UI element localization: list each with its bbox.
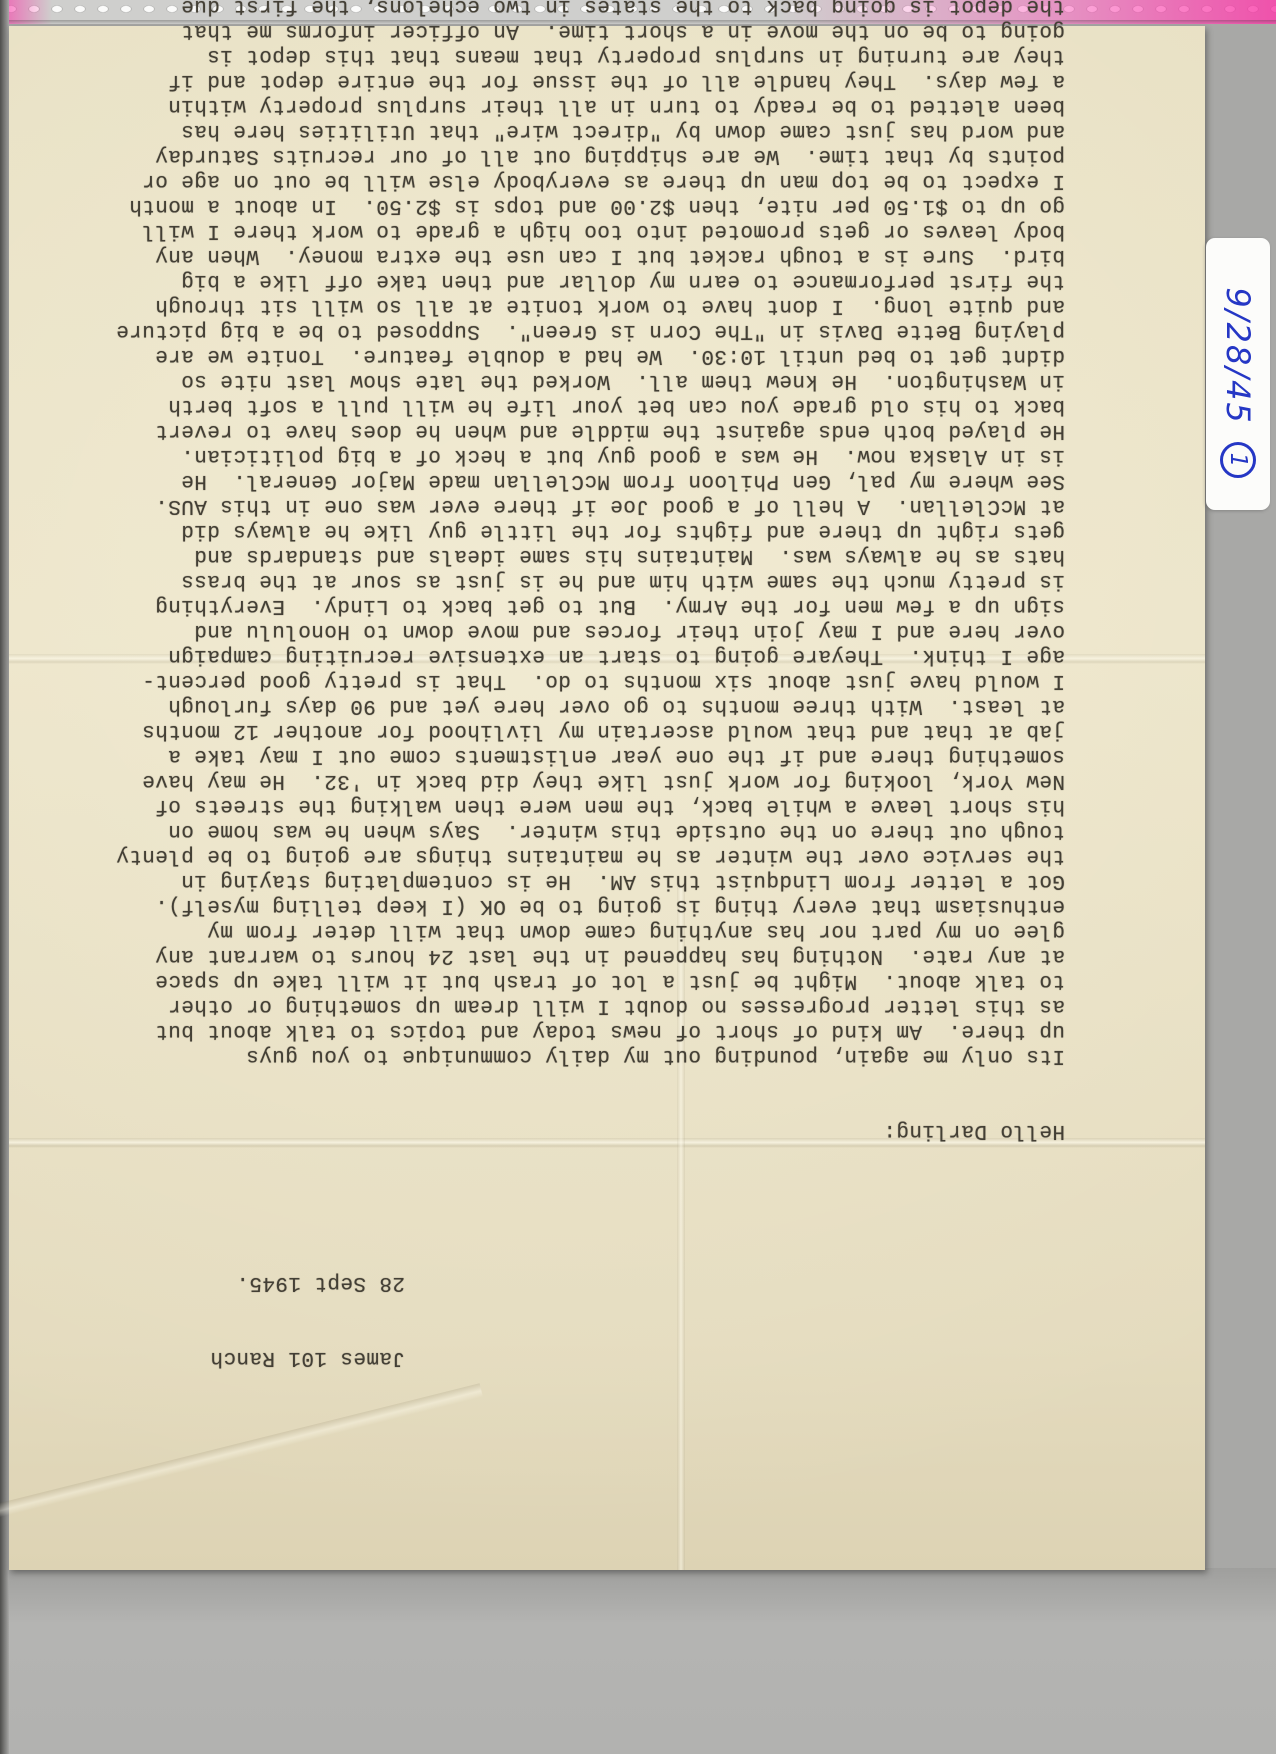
date-line: 28 Sept 1945. [89, 1270, 405, 1295]
letter-line: at least. With three months to go over h… [89, 693, 1065, 718]
letter-line: Got a letter from Lindquist this AM. He … [89, 868, 1065, 893]
letter-line: hats as he always was. Maintains his sam… [89, 543, 1065, 568]
letter-line: to talk about. Might be just a lot of tr… [89, 968, 1065, 993]
letter-body: Its only me again, pounding out my daily… [89, 0, 1065, 1068]
scanner-bed-bottom [0, 1568, 1276, 1754]
letter-line: tough out there on the outside this wint… [89, 818, 1065, 843]
letter-line: See where my pal, Gen Philoon from McCle… [89, 468, 1065, 493]
letter-line: jab at that and that would ascertain my … [89, 718, 1065, 743]
letter-line: in Washington. He knew them all. Worked … [89, 368, 1065, 393]
letter-line: been aletted to be ready to turn in all … [89, 93, 1065, 118]
letter-line: as this letter progresses no doubt I wil… [89, 993, 1065, 1018]
letter-line: playing Bette Davis in "The Corn is Gree… [89, 318, 1065, 343]
scanned-letter-page: { "letter": { "heading": ["James 101 Ran… [0, 0, 1276, 1754]
letter-heading: James 101 Ranch 28 Sept 1945. [89, 1220, 405, 1420]
letter-line: Its only me again, pounding out my daily… [89, 1043, 1065, 1068]
letter-line: is pretty much the same with him and he … [89, 568, 1065, 593]
salutation: Hello Darling: [89, 1118, 1065, 1143]
letter-line: points by that time. We are shipping out… [89, 143, 1065, 168]
scan-left-edge [0, 0, 9, 1754]
letter-line: go up to $1.50 per nite, then $2.00 and … [89, 193, 1065, 218]
letter-line: the first performance to earn my dollar … [89, 268, 1065, 293]
letter-line: at McClellan. A hell of a good Joe if th… [89, 493, 1065, 518]
letter-line: gets right up there and fights for the l… [89, 518, 1065, 543]
archival-label: 9/28/45 1 [1206, 238, 1270, 510]
letter-line: something there and if the one year enli… [89, 743, 1065, 768]
letter-line: at any rate. Nothing has happened in the… [89, 943, 1065, 968]
letter-line: I would have just about six months to do… [89, 668, 1065, 693]
letter-line: New York, looking for work just like the… [89, 768, 1065, 793]
letter-line: up there. Am kind of short of news today… [89, 1018, 1065, 1043]
letter-sheet: James 101 Ranch 28 Sept 1945. Hello Darl… [9, 26, 1205, 1570]
label-handwritten-date: 9/28/45 [1219, 287, 1257, 424]
letter-line: glee on my part nor has anything came do… [89, 918, 1065, 943]
letter-content-rotated-180: James 101 Ranch 28 Sept 1945. Hello Darl… [9, 26, 1205, 1570]
letter-line: the depot is going back to the states in… [89, 0, 1065, 18]
letter-line: sign up a few men for the Army. But to g… [89, 593, 1065, 618]
letter-line: age I think. Theyare going to start an e… [89, 643, 1065, 668]
label-circled-number: 1 [1220, 442, 1256, 478]
letter-line: and word has just came down by "direct w… [89, 118, 1065, 143]
sender-line: James 101 Ranch [89, 1345, 405, 1370]
letter-line: back to his old grade you can bet your l… [89, 393, 1065, 418]
letter-line: the service over the winter as he mainta… [89, 843, 1065, 868]
letter-line: going to be on the move in a short time.… [89, 18, 1065, 43]
letter-line: they are turning in surplus property tha… [89, 43, 1065, 68]
letter-line: is in Alaska now. He was a good guy but … [89, 443, 1065, 468]
letter-line: I expect to be top man up there as every… [89, 168, 1065, 193]
letter-line: over here and I may join their forces an… [89, 618, 1065, 643]
letter-line: and quite long. I dont have to work toni… [89, 293, 1065, 318]
letter-line: bird. Sure is a tough racket but I can u… [89, 243, 1065, 268]
letter-line: his short leave a while back, the men we… [89, 793, 1065, 818]
letter-line: a few days. They handle all of the issue… [89, 68, 1065, 93]
letter-line: enthusiasm that every thing is going to … [89, 893, 1065, 918]
letter-line: He played both ends against the middle a… [89, 418, 1065, 443]
letter-line: didnt get to bed until 10:30. We had a d… [89, 343, 1065, 368]
letter-line: body leaves or gets promoted into too hi… [89, 218, 1065, 243]
